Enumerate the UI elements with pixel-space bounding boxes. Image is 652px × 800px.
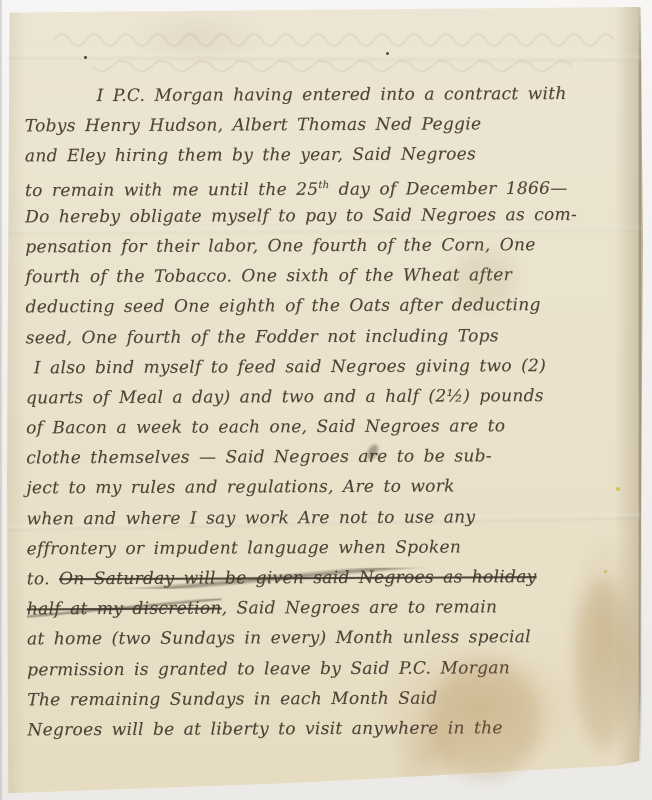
handwritten-text: th bbox=[318, 180, 329, 191]
struck-text: On Saturday will be given said Negroes a… bbox=[59, 567, 537, 589]
handwritten-text: at home (two Sundays in every) Month unl… bbox=[27, 627, 531, 649]
handwritten-text: Negroes will be at liberty to visit anyw… bbox=[27, 718, 502, 740]
manuscript-line: effrontery or impudent language when Spo… bbox=[27, 531, 633, 564]
manuscript-line: I P.C. Morgan having entered into a cont… bbox=[25, 79, 631, 112]
manuscript-line: to. On Saturday will be given said Negro… bbox=[27, 562, 633, 595]
handwritten-text: clothe themselves — Said Negroes are to … bbox=[26, 447, 492, 469]
handwritten-text: when and where I say work Are not to use… bbox=[26, 507, 475, 529]
manuscript-line: half at my discretion, Said Negroes are … bbox=[27, 592, 633, 625]
handwritten-text: I P.C. Morgan having entered into a cont… bbox=[97, 84, 567, 106]
handwritten-text: I also bind myself to feed said Negroes … bbox=[34, 356, 546, 378]
wax-speck bbox=[616, 487, 620, 491]
handwritten-text: fourth of the Tobacco. One sixth of the … bbox=[25, 265, 512, 287]
manuscript-line: ject to my rules and regulations, Are to… bbox=[26, 471, 632, 504]
handwritten-text: Do hereby obligate myself to pay to Said… bbox=[25, 205, 577, 227]
handwritten-text: , Said Negroes are to remain bbox=[222, 597, 498, 618]
manuscript-line: Tobys Henry Hudson, Albert Thomas Ned Pe… bbox=[25, 109, 631, 142]
manuscript-line: permission is granted to leave by Said P… bbox=[27, 652, 633, 685]
handwritten-text: ject to my rules and regulations, Are to… bbox=[26, 477, 454, 499]
handwritten-text: Tobys Henry Hudson, Albert Thomas Ned Pe… bbox=[25, 115, 482, 137]
page-edge-shadow bbox=[639, 9, 641, 765]
handwritten-text: day of December 1866— bbox=[329, 178, 567, 199]
manuscript-line: I also bind myself to feed said Negroes … bbox=[26, 350, 632, 383]
handwritten-text: to remain with me until the 25 bbox=[25, 179, 318, 200]
manuscript-line: pensation for their labor, One fourth of… bbox=[25, 230, 631, 263]
ink-bleedthrough bbox=[10, 14, 642, 84]
struck-text: half at my discretion bbox=[27, 599, 222, 620]
handwritten-text: of Bacon a week to each one, Said Negroe… bbox=[26, 416, 505, 438]
document-scan: I P.C. Morgan having entered into a cont… bbox=[0, 0, 652, 800]
manuscript-line: and Eley hiring them by the year, Said N… bbox=[25, 139, 631, 172]
manuscript-text: I P.C. Morgan having entered into a cont… bbox=[25, 79, 634, 746]
handwritten-text: seed, One fourth of the Fodder not inclu… bbox=[26, 326, 499, 348]
handwritten-text: and Eley hiring them by the year, Said N… bbox=[25, 145, 476, 167]
ink-speck bbox=[84, 56, 87, 59]
manuscript-line: at home (two Sundays in every) Month unl… bbox=[27, 622, 633, 655]
handwritten-text: quarts of Meal a day) and two and a half… bbox=[26, 386, 544, 408]
manuscript-line: Do hereby obligate myself to pay to Said… bbox=[25, 199, 631, 232]
manuscript-line: of Bacon a week to each one, Said Negroe… bbox=[26, 411, 632, 444]
handwritten-text: The remaining Sundays in each Month Said bbox=[27, 688, 437, 710]
manuscript-line: quarts of Meal a day) and two and a half… bbox=[26, 381, 632, 414]
manuscript-line: when and where I say work Are not to use… bbox=[26, 501, 632, 534]
handwritten-text: to. bbox=[27, 569, 59, 589]
manuscript-line: The remaining Sundays in each Month Said bbox=[27, 682, 633, 715]
handwritten-text: effrontery or impudent language when Spo… bbox=[27, 537, 462, 559]
handwritten-text: pensation for their labor, One fourth of… bbox=[25, 235, 535, 257]
handwritten-text: permission is granted to leave by Said P… bbox=[27, 658, 510, 680]
manuscript-line: clothe themselves — Said Negroes are to … bbox=[26, 441, 632, 474]
scanner-edge bbox=[0, 0, 3, 800]
manuscript-line: Negroes will be at liberty to visit anyw… bbox=[27, 713, 633, 746]
wax-speck bbox=[604, 570, 607, 573]
manuscript-line: deducting seed One eighth of the Oats af… bbox=[25, 290, 631, 323]
manuscript-line: seed, One fourth of the Fodder not inclu… bbox=[26, 320, 632, 353]
manuscript-line: to remain with me until the 25th day of … bbox=[25, 169, 631, 202]
manuscript-line: fourth of the Tobacco. One sixth of the … bbox=[25, 260, 631, 293]
handwritten-text: deducting seed One eighth of the Oats af… bbox=[25, 295, 540, 317]
ink-speck bbox=[386, 52, 389, 55]
